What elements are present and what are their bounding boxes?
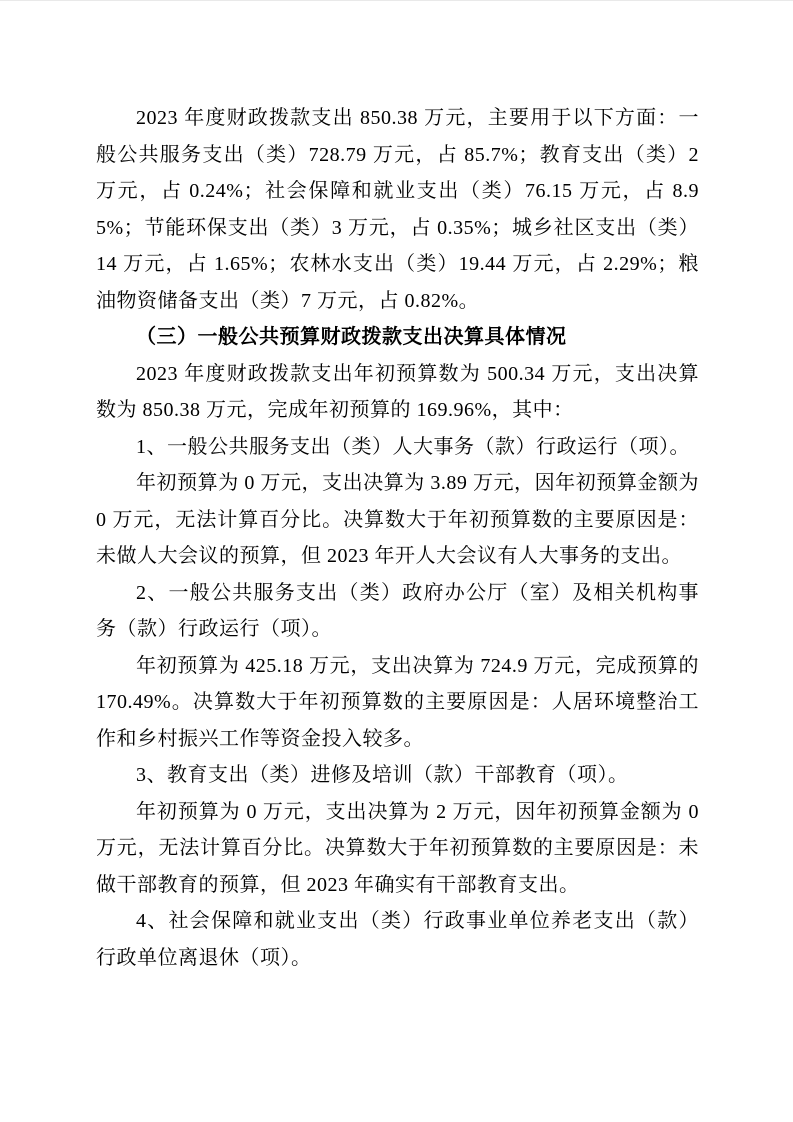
item-3-title-education-expenditure: 3、教育支出（类）进修及培训（款）干部教育（项）。 [96, 757, 699, 794]
paragraph-budget-vs-final-accounts: 2023 年度财政拨款支出年初预算数为 500.34 万元，支出决算数为 850… [96, 356, 699, 429]
page-top-edge [0, 0, 793, 1]
document-body: 2023 年度财政拨款支出 850.38 万元，主要用于以下方面：一般公共服务支… [96, 100, 699, 976]
item-2-detail: 年初预算为 425.18 万元，支出决算为 724.9 万元，完成预算的 170… [96, 648, 699, 758]
item-2-title-government-office-affairs: 2、一般公共服务支出（类）政府办公厅（室）及相关机构事务（款）行政运行（项）。 [96, 575, 699, 648]
item-3-detail: 年初预算为 0 万元，支出决算为 2 万元，因年初预算金额为 0 万元，无法计算… [96, 794, 699, 904]
item-1-detail: 年初预算为 0 万元，支出决算为 3.89 万元，因年初预算金额为 0 万元，无… [96, 465, 699, 575]
paragraph-expenditure-overview: 2023 年度财政拨款支出 850.38 万元，主要用于以下方面：一般公共服务支… [96, 100, 699, 319]
item-4-title-social-security-expenditure: 4、社会保障和就业支出（类）行政事业单位养老支出（款）行政单位离退休（项）。 [96, 903, 699, 976]
item-1-title-people-congress-affairs: 1、一般公共服务支出（类）人大事务（款）行政运行（项）。 [96, 429, 699, 466]
section-heading-budget-expenditure-details: （三）一般公共预算财政拨款支出决算具体情况 [96, 319, 699, 356]
document-page: 2023 年度财政拨款支出 850.38 万元，主要用于以下方面：一般公共服务支… [0, 0, 793, 1122]
